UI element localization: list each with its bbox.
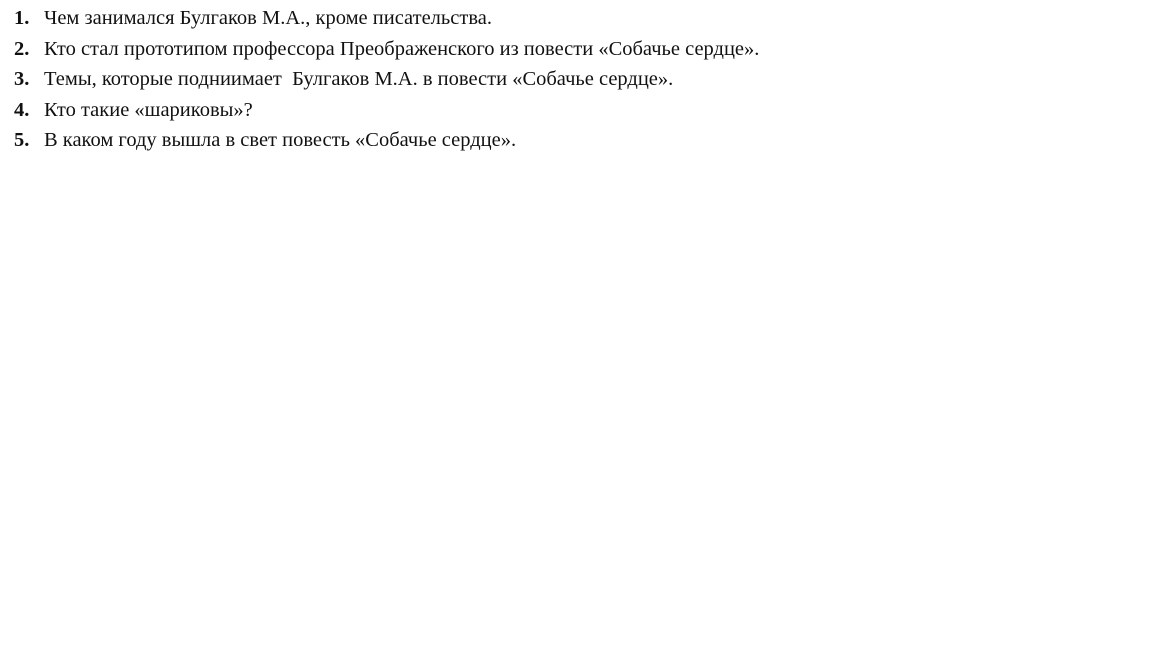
question-text: Чем занимался Булгаков М.А., кроме писат… [44,3,769,34]
questions-list: 1. Чем занимался Булгаков М.А., кроме пи… [14,3,769,156]
question-number: 4. [14,95,44,126]
question-item: 1. Чем занимался Булгаков М.А., кроме пи… [14,3,769,34]
question-text: Кто стал прототипом профессора Преображе… [44,34,769,65]
document-page: 1. Чем занимался Булгаков М.А., кроме пи… [0,0,1152,648]
question-number: 5. [14,125,44,156]
question-item: 3. Темы, которые подниимает Булгаков М.А… [14,64,769,95]
question-number: 1. [14,3,44,34]
question-item: 4. Кто такие «шариковы»? [14,95,769,126]
question-item: 2. Кто стал прототипом профессора Преобр… [14,34,769,65]
question-number: 2. [14,34,44,65]
question-item: 5. В каком году вышла в свет повесть «Со… [14,125,769,156]
question-text: В каком году вышла в свет повесть «Собач… [44,125,769,156]
question-text: Темы, которые подниимает Булгаков М.А. в… [44,64,769,95]
question-number: 3. [14,64,44,95]
question-text: Кто такие «шариковы»? [44,95,769,126]
